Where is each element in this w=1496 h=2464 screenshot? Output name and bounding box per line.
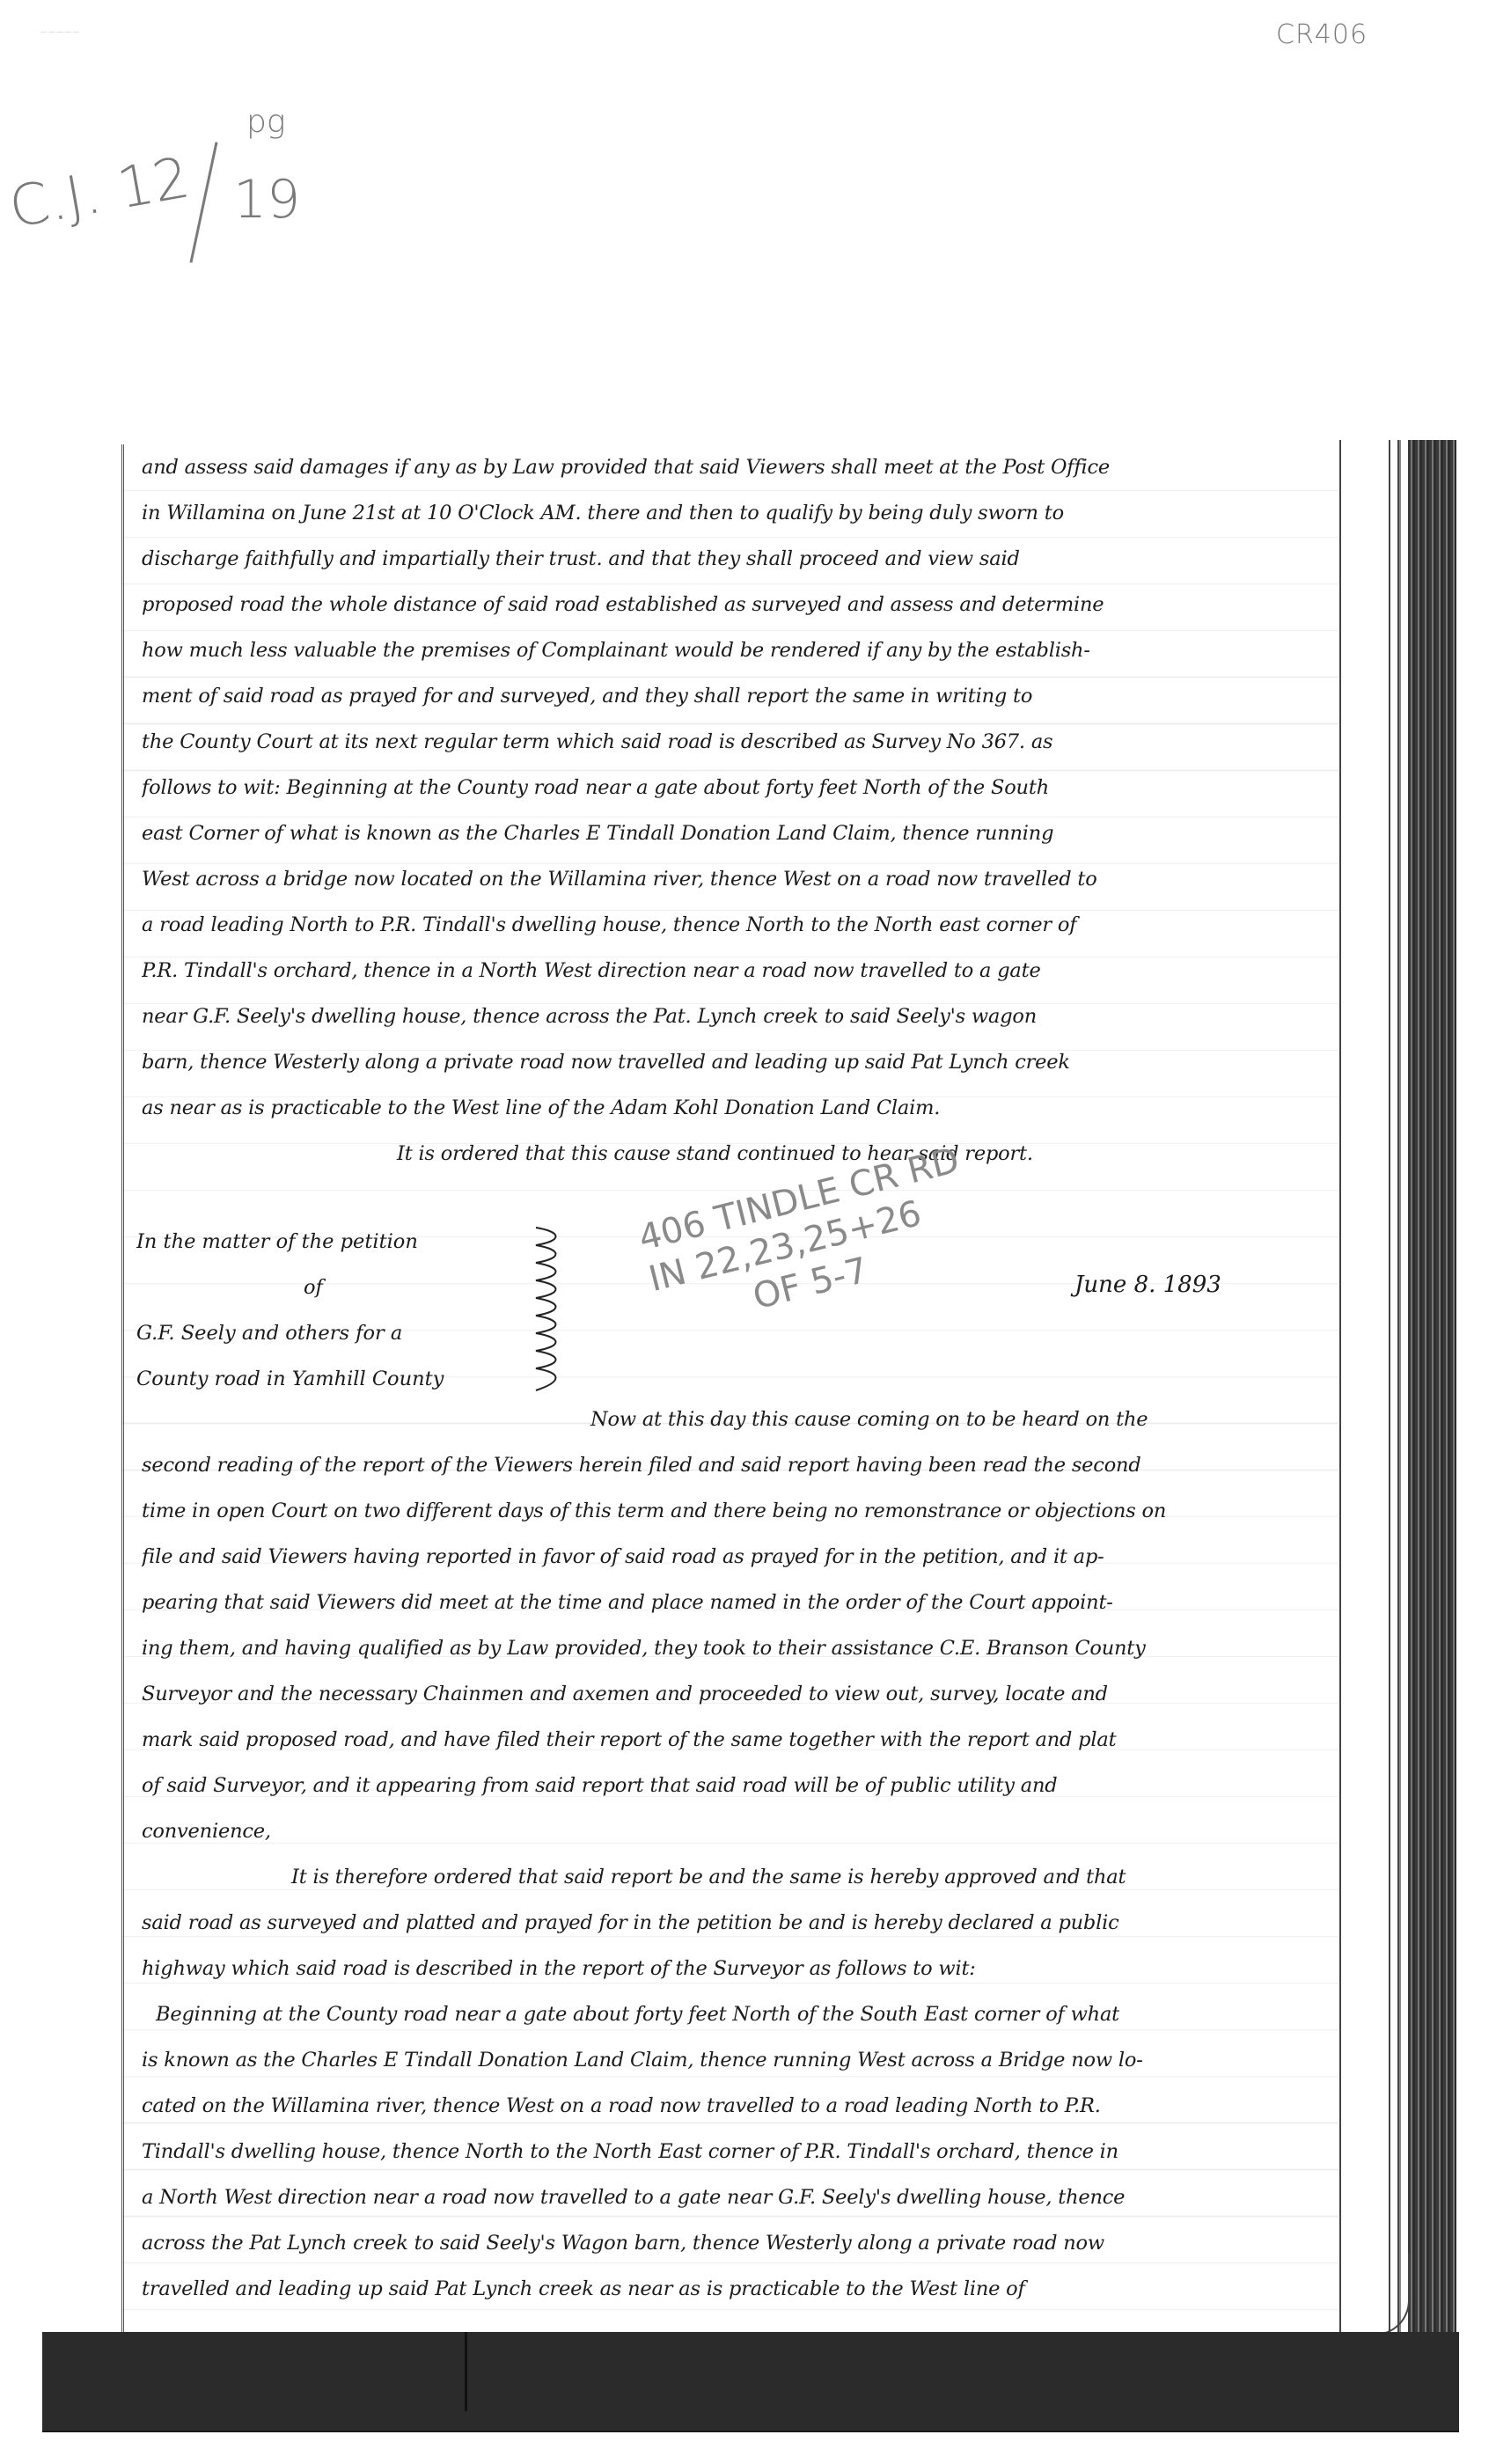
cj-reference-annotation: C.J. 12 [4, 145, 194, 241]
text-line: travelled and leading up said Pat Lynch … [142, 2266, 1330, 2312]
slash-mark [189, 142, 217, 263]
text-line: follows to wit: Beginning at the County … [142, 765, 1330, 810]
case-caption: In the matter of the petition of G.F. Se… [136, 1219, 524, 1402]
text-line: a road leading North to P.R. Tindall's d… [142, 902, 1330, 948]
text-line: how much less valuable the premises of C… [142, 627, 1330, 673]
text-line: as near as is practicable to the West li… [142, 1085, 1330, 1131]
pg-label-annotation: pg [246, 104, 285, 140]
text-line: Now at this day this cause coming on to … [142, 1397, 1330, 1442]
text-line: proposed road the whole distance of said… [142, 582, 1330, 627]
page-edges-dark [1408, 440, 1456, 2341]
entry-date: June 8. 1893 [1074, 1272, 1221, 1298]
text-line: of said Surveyor, and it appearing from … [142, 1763, 1330, 1808]
text-line: a North West direction near a road now t… [142, 2174, 1330, 2220]
caption-line: of [136, 1265, 524, 1310]
scan-bottom-shadow [42, 2332, 1459, 2432]
text-line: highway which said road is described in … [142, 1946, 1330, 1991]
crease-line [465, 2332, 467, 2411]
page-edge-line [1389, 440, 1390, 2341]
text-line: Beginning at the County road near a gate… [142, 1991, 1330, 2037]
caption-line: In the matter of the petition [136, 1219, 524, 1265]
text-line: said road as surveyed and platted and pr… [142, 1900, 1330, 1946]
caption-line: County road in Yamhill County [136, 1356, 524, 1402]
text-line: West across a bridge now located on the … [142, 856, 1330, 902]
text-line: file and said Viewers having reported in… [142, 1534, 1330, 1580]
text-line: cated on the Willamina river, thence Wes… [142, 2083, 1330, 2129]
text-line: Tindall's dwelling house, thence North t… [142, 2129, 1330, 2174]
text-line: near G.F. Seely's dwelling house, thence… [142, 994, 1330, 1039]
text-line: ing them, and having qualified as by Law… [142, 1625, 1330, 1671]
text-line: in Willamina on June 21st at 10 O'Clock … [142, 490, 1330, 536]
page-corner-curl [1294, 2253, 1410, 2336]
text-line: discharge faithfully and impartially the… [142, 536, 1330, 582]
page-stack-edge [1373, 440, 1461, 2341]
text-line: time in open Court on two different days… [142, 1488, 1330, 1534]
text-line: is known as the Charles E Tindall Donati… [142, 2037, 1330, 2083]
scanner-mark: ~~~~~ [40, 26, 80, 38]
text-line: P.R. Tindall's orchard, thence in a Nort… [142, 948, 1330, 994]
court-order-entry: Now at this day this cause coming on to … [142, 1397, 1330, 2312]
pg-number-annotation: 19 [233, 169, 300, 231]
text-line: second reading of the report of the View… [142, 1442, 1330, 1488]
entry-continuation: and assess said damages if any as by Law… [142, 444, 1330, 1177]
text-line: east Corner of what is known as the Char… [142, 810, 1330, 856]
caption-brace-icon [527, 1219, 567, 1404]
text-line: the County Court at its next regular ter… [142, 719, 1330, 765]
caption-line: G.F. Seely and others for a [136, 1310, 524, 1356]
text-line: ment of said road as prayed for and surv… [142, 673, 1330, 719]
ledger-page: and assess said damages if any as by Law… [121, 444, 1342, 2336]
order-continued: It is ordered that this cause stand cont… [142, 1131, 1330, 1177]
cr-number-annotation: CR406 [1276, 19, 1368, 50]
text-line: It is therefore ordered that said report… [142, 1854, 1330, 1900]
text-line: mark said proposed road, and have filed … [142, 1717, 1330, 1763]
page-edge-line [1397, 440, 1399, 2341]
text-line: across the Pat Lynch creek to said Seely… [142, 2220, 1330, 2266]
text-line: Surveyor and the necessary Chainmen and … [142, 1671, 1330, 1717]
text-line: convenience, [142, 1808, 1330, 1854]
text-line: pearing that said Viewers did meet at th… [142, 1580, 1330, 1625]
text-line: barn, thence Westerly along a private ro… [142, 1039, 1330, 1085]
text-line: and assess said damages if any as by Law… [142, 444, 1330, 490]
